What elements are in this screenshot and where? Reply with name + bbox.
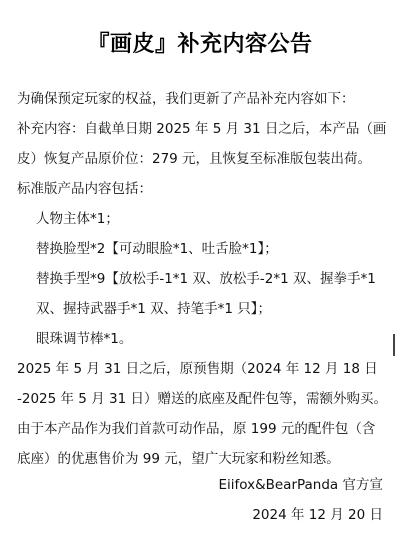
item-hand-parts-1: 替换手型*9【放松手-1*1 双、放松手-2*1 双、握拳手*1	[17, 264, 392, 294]
text-cursor	[393, 334, 395, 356]
supplement-line-2: 皮）恢复产品原价位：279 元，且恢复至标准版包装出荷。	[17, 144, 392, 174]
signature-date: 2024 年 12 月 20 日	[252, 503, 383, 523]
announcement-body: 为确保预定玩家的权益，我们更新了产品补充内容如下： 补充内容：自截单日期 202…	[17, 84, 392, 474]
notice-line-1: 2025 年 5 月 31 日之后，原预售期（2024 年 12 月 18 日	[17, 354, 392, 384]
intro-line: 为确保预定玩家的权益，我们更新了产品补充内容如下：	[17, 84, 392, 114]
announcement-title: 『画皮』补充内容公告	[0, 27, 400, 58]
signature-issuer: Eiifox&BearPanda 官方宣	[218, 473, 383, 493]
notice-line-4: 底座）的优惠售价为 99 元，望广大玩家和粉丝知悉。	[17, 444, 392, 474]
notice-line-2: -2025 年 5 月 31 日）赠送的底座及配件包等，需额外购买。	[17, 384, 392, 414]
standard-contents-heading: 标准版产品内容包括：	[17, 174, 392, 204]
supplement-line-1: 补充内容：自截单日期 2025 年 5 月 31 日之后，本产品（画	[17, 114, 392, 144]
item-main-figure: 人物主体*1；	[17, 204, 392, 234]
item-face-parts: 替换脸型*2【可动眼脸*1、吐舌脸*1】；	[17, 234, 392, 264]
item-hand-parts-2: 双、握持武器手*1 双、持笔手*1 只】；	[17, 294, 392, 324]
item-eye-tool: 眼珠调节棒*1。	[17, 324, 392, 354]
notice-line-3: 由于本产品作为我们首款可动作品，原 199 元的配件包（含	[17, 414, 392, 444]
